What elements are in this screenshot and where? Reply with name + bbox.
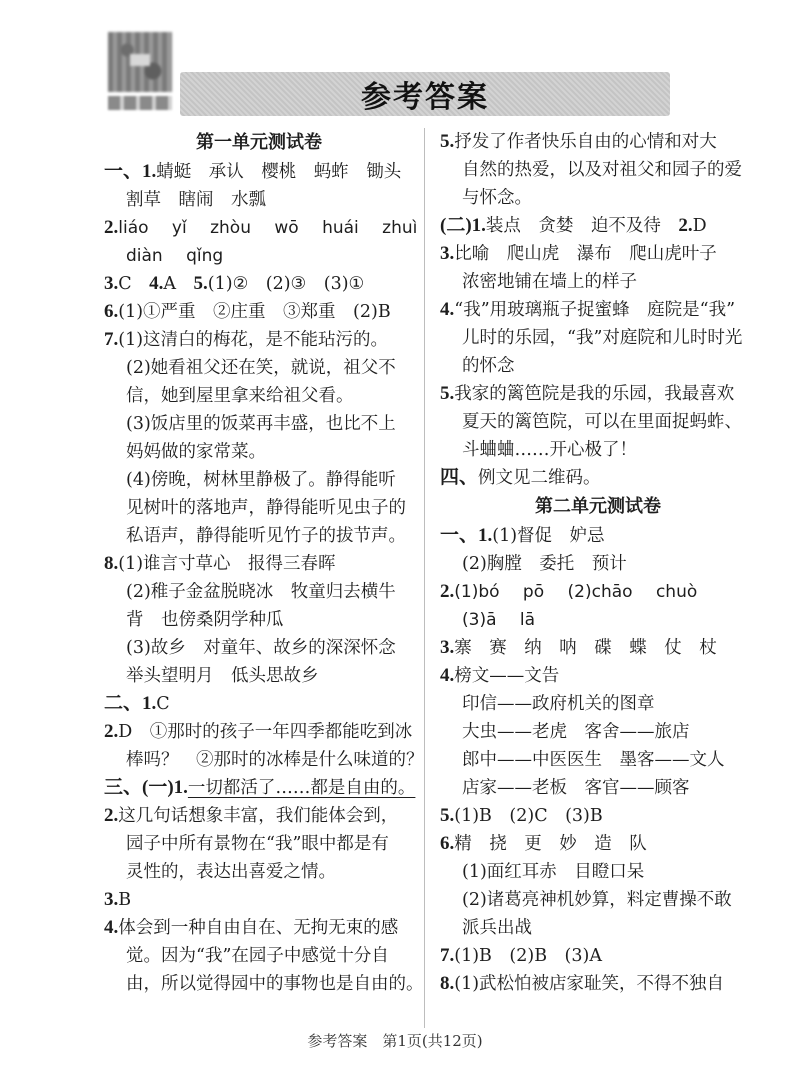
answer-line: (2)稚子金盆脱晓冰 牧童归去横牛 [104, 578, 414, 606]
answer-text: (1)bó pō (2)chāo chuò [454, 582, 697, 602]
answer-text: (4)傍晚，树林里静极了。静得能听 [126, 470, 396, 490]
answer-line: 浓密地铺在墙上的样子 [440, 268, 756, 296]
left-column: 第一单元测试卷 一、1.蜻蜓 承认 樱桃 蚂蚱 锄头割草 瞎闹 水瓢2.liáo… [104, 128, 414, 998]
answer-text: (2)胸膛 委托 预计 [462, 554, 627, 574]
answer-line: 一、1.(1)督促 妒忌 [440, 522, 756, 550]
answer-text: (1)督促 妒忌 [492, 526, 604, 546]
answer-text: (3)饭店里的饭菜再丰盛，也比不上 [126, 414, 396, 434]
answer-text: liáo yǐ zhòu wō huái zhuì [118, 218, 417, 238]
answer-text: 寨 赛 纳 呐 碟 蝶 仗 杖 [454, 638, 717, 658]
question-number: 8. [440, 973, 454, 994]
answer-line: 派兵出战 [440, 914, 756, 942]
answer-text: 我家的篱笆院是我的乐园，我最喜欢 [454, 384, 734, 404]
header-banner: 参考答案 [180, 72, 670, 116]
question-number: 6. [440, 833, 454, 854]
question-number: 7. [104, 329, 118, 350]
question-number: 2. [678, 215, 692, 236]
question-number: 一、1. [440, 525, 492, 546]
answer-text: 店家——老板 客官——顾客 [462, 778, 690, 798]
answer-line: 的怀念 [440, 352, 756, 380]
answer-text: 大虫——老虎 客舍——旅店 [462, 722, 690, 742]
answer-list-unit-2: 一、1.(1)督促 妒忌(2)胸膛 委托 预计2.(1)bó pō (2)chā… [440, 522, 756, 998]
answer-text: 斗蛐蛐……开心极了！ [462, 440, 637, 460]
answer-text: (1)② (2)③ (3)① [208, 274, 364, 294]
answer-line: 园子中所有景物在“我”眼中都是有 [104, 830, 414, 858]
unit-title-1: 第一单元测试卷 [104, 128, 414, 158]
answer-line: 印信——政府机关的图章 [440, 690, 756, 718]
answer-text: “我”用玻璃瓶子捉蜜蜂 庭院是“我” [454, 300, 735, 320]
answer-text: 园子中所有景物在“我”眼中都是有 [126, 834, 389, 854]
answer-text: B [118, 890, 131, 910]
question-number: 2. [104, 721, 118, 742]
answer-text: 郎中——中医医生 墨客——文人 [462, 750, 725, 770]
answer-line: 5.(1)B (2)C (3)B [440, 802, 756, 830]
question-number: 4. [440, 665, 454, 686]
question-number: 3. [440, 637, 454, 658]
answer-text: (3)ā lā [462, 610, 535, 630]
answer-text: (1)武松怕被店家耻笑，不得不独自 [454, 974, 724, 994]
answer-text: (3)故乡 对童年、故乡的深深怀念 [126, 638, 396, 658]
answer-text: D ①那时的孩子一年四季都能吃到冰 [118, 722, 412, 742]
question-number: (二)1. [440, 215, 486, 236]
answer-text: 割草 瞎闹 水瓢 [126, 190, 266, 210]
question-number: 三、(一)1. [104, 777, 188, 798]
answer-text: 浓密地铺在墙上的样子 [462, 272, 637, 292]
answer-line: 3.C 4.A 5.(1)② (2)③ (3)① [104, 270, 414, 298]
answer-line: (2)胸膛 委托 预计 [440, 550, 756, 578]
answer-line: 3.B [104, 886, 414, 914]
answer-text: D [693, 216, 707, 236]
answer-text: 灵性的，表达出喜爱之情。 [126, 862, 336, 882]
answer-line: diàn qǐng [104, 242, 414, 270]
question-number: 6. [104, 301, 118, 322]
answer-line: 信，她到屋里拿来给祖父看。 [104, 382, 414, 410]
question-number: 4. [440, 299, 454, 320]
answer-text: 见树叶的落地声，静得能听见虫子的 [126, 498, 406, 518]
answer-line: 8.(1)武松怕被店家耻笑，不得不独自 [440, 970, 756, 998]
answer-text: 一切都活了……都是自由的。 [188, 778, 416, 798]
answer-text: 举头望明月 低头思故乡 [126, 666, 319, 686]
answer-line: (4)傍晚，树林里静极了。静得能听 [104, 466, 414, 494]
answer-line: 棒吗？ ②那时的冰棒是什么味道的？ [104, 746, 414, 774]
answer-text: 私语声，静得能听见竹子的拔节声。 [126, 526, 406, 546]
answer-text: 派兵出战 [462, 918, 532, 938]
answer-line: (2)她看祖父还在笑，就说，祖父不 [104, 354, 414, 382]
qr-code-caption [108, 96, 172, 110]
question-number: 二、1. [104, 693, 156, 714]
answer-text: 榜文——文告 [454, 666, 559, 686]
answer-line: 斗蛐蛐……开心极了！ [440, 436, 756, 464]
answer-line: 割草 瞎闹 水瓢 [104, 186, 414, 214]
answer-line: 7.(1)这清白的梅花，是不能玷污的。 [104, 326, 414, 354]
answer-text: (1)面红耳赤 目瞪口呆 [462, 862, 644, 882]
answer-line: 私语声，静得能听见竹子的拔节声。 [104, 522, 414, 550]
answer-text: 这几句话想象丰富，我们能体会到， [118, 806, 398, 826]
answer-line: 大虫——老虎 客舍——旅店 [440, 718, 756, 746]
question-number: 2. [104, 805, 118, 826]
answer-text: (1)这清白的梅花，是不能玷污的。 [118, 330, 388, 350]
answer-line: 5.我家的篱笆院是我的乐园，我最喜欢 [440, 380, 756, 408]
answer-text: 例文见二维码。 [478, 468, 601, 488]
answer-line: 2.这几句话想象丰富，我们能体会到， [104, 802, 414, 830]
question-number: 8. [104, 553, 118, 574]
answer-line: 一、1.蜻蜓 承认 樱桃 蚂蚱 锄头 [104, 158, 414, 186]
answer-line: 4.榜文——文告 [440, 662, 756, 690]
answer-text: (1)谁言寸草心 报得三春晖 [118, 554, 335, 574]
answer-text: 夏天的篱笆院，可以在里面捉蚂蚱、 [462, 412, 742, 432]
page-footer: 参考答案 第1页(共12页) [0, 1030, 790, 1051]
answer-line: (二)1.装点 贪婪 迫不及待 2.D [440, 212, 756, 240]
answer-line: 4.体会到一种自由自在、无拘无束的感 [104, 914, 414, 942]
answer-line: 店家——老板 客官——顾客 [440, 774, 756, 802]
answer-text: C [156, 694, 169, 714]
question-number: 2. [104, 217, 118, 238]
question-number: 一、1. [104, 161, 156, 182]
answer-line: 三、(一)1.一切都活了……都是自由的。 [104, 774, 414, 802]
unit-title-2: 第二单元测试卷 [440, 492, 756, 522]
answer-text: 体会到一种自由自在、无拘无束的感 [118, 918, 398, 938]
answer-line: 举头望明月 低头思故乡 [104, 662, 414, 690]
question-number: 3. [104, 273, 118, 294]
answer-line: 自然的热爱，以及对祖父和园子的爱 [440, 156, 756, 184]
question-number: 5. [440, 131, 454, 152]
answer-line: 觉。因为“我”在园子中感觉十分自 [104, 942, 414, 970]
answer-line: 3.比喻 爬山虎 瀑布 爬山虎叶子 [440, 240, 756, 268]
answer-line: 2.D ①那时的孩子一年四季都能吃到冰 [104, 718, 414, 746]
answer-text: 的怀念 [462, 356, 515, 376]
answer-text: (1)B (2)B (3)A [454, 946, 602, 966]
answer-line: (3)故乡 对童年、故乡的深深怀念 [104, 634, 414, 662]
answer-text: 儿时的乐园，“我”对庭院和儿时时光 [462, 328, 742, 348]
answer-list-unit-1-continued: 5.抒发了作者快乐自由的心情和对大自然的热爱，以及对祖父和园子的爱与怀念。(二)… [440, 128, 756, 492]
answer-text: (2)诸葛亮神机妙算，料定曹操不敢 [462, 890, 732, 910]
answer-text: 抒发了作者快乐自由的心情和对大 [454, 132, 717, 152]
answer-line: 夏天的篱笆院，可以在里面捉蚂蚱、 [440, 408, 756, 436]
question-number: 4. [104, 917, 118, 938]
answer-text: (1)B (2)C (3)B [454, 806, 602, 826]
answer-text: 背 也傍桑阴学种瓜 [126, 610, 284, 630]
answer-text: 信，她到屋里拿来给祖父看。 [126, 386, 354, 406]
answer-text: 由，所以觉得园中的事物也是自由的。 [126, 974, 424, 994]
answer-line: 背 也傍桑阴学种瓜 [104, 606, 414, 634]
answer-line: (1)面红耳赤 目瞪口呆 [440, 858, 756, 886]
answer-text: 比喻 爬山虎 瀑布 爬山虎叶子 [454, 244, 717, 264]
answer-line: (3)ā lā [440, 606, 756, 634]
answer-line: 4.“我”用玻璃瓶子捉蜜蜂 庭院是“我” [440, 296, 756, 324]
question-number: 四、 [440, 467, 478, 488]
answer-text: C [118, 274, 149, 294]
answer-line: 见树叶的落地声，静得能听见虫子的 [104, 494, 414, 522]
answer-text: 觉。因为“我”在园子中感觉十分自 [126, 946, 389, 966]
question-number: 4. [149, 273, 163, 294]
answer-line: 2.liáo yǐ zhòu wō huái zhuì [104, 214, 414, 242]
answer-line: 7.(1)B (2)B (3)A [440, 942, 756, 970]
question-number: 5. [440, 805, 454, 826]
answer-line: 郎中——中医医生 墨客——文人 [440, 746, 756, 774]
qr-code-icon [108, 32, 172, 92]
answer-text: 棒吗？ ②那时的冰棒是什么味道的？ [126, 750, 424, 770]
question-number: 2. [440, 581, 454, 602]
answer-line: 四、例文见二维码。 [440, 464, 756, 492]
answer-line: 灵性的，表达出喜爱之情。 [104, 858, 414, 886]
answer-text: 妈妈做的家常菜。 [126, 442, 266, 462]
answer-line: 6.(1)①严重 ②庄重 ③郑重 (2)B [104, 298, 414, 326]
answer-text: 印信——政府机关的图章 [462, 694, 655, 714]
answer-list-unit-1: 一、1.蜻蜓 承认 樱桃 蚂蚱 锄头割草 瞎闹 水瓢2.liáo yǐ zhòu… [104, 158, 414, 998]
question-number: 3. [104, 889, 118, 910]
answer-line: 8.(1)谁言寸草心 报得三春晖 [104, 550, 414, 578]
answer-text: (2)她看祖父还在笑，就说，祖父不 [126, 358, 396, 378]
answer-line: 与怀念。 [440, 184, 756, 212]
answer-line: (3)饭店里的饭菜再丰盛，也比不上 [104, 410, 414, 438]
answer-line: 5.抒发了作者快乐自由的心情和对大 [440, 128, 756, 156]
answer-line: (2)诸葛亮神机妙算，料定曹操不敢 [440, 886, 756, 914]
answer-line: 二、1.C [104, 690, 414, 718]
answer-text: (2)稚子金盆脱晓冰 牧童归去横牛 [126, 582, 396, 602]
question-number: 3. [440, 243, 454, 264]
answer-line: 由，所以觉得园中的事物也是自由的。 [104, 970, 414, 998]
answer-line: 3.寨 赛 纳 呐 碟 蝶 仗 杖 [440, 634, 756, 662]
answer-line: 6.精 挠 更 妙 造 队 [440, 830, 756, 858]
answer-text: A [163, 274, 193, 294]
answer-text: (1)①严重 ②庄重 ③郑重 (2)B [118, 302, 390, 322]
answer-text: 与怀念。 [462, 188, 532, 208]
question-number: 5. [194, 273, 208, 294]
answer-line: 妈妈做的家常菜。 [104, 438, 414, 466]
right-column: 5.抒发了作者快乐自由的心情和对大自然的热爱，以及对祖父和园子的爱与怀念。(二)… [440, 128, 756, 998]
page-title: 参考答案 [361, 72, 489, 116]
question-number: 5. [440, 383, 454, 404]
answer-text: diàn qǐng [126, 246, 223, 266]
answer-line: 儿时的乐园，“我”对庭院和儿时时光 [440, 324, 756, 352]
column-divider [424, 128, 425, 1028]
answer-text: 装点 贪婪 迫不及待 [486, 216, 679, 236]
question-number: 7. [440, 945, 454, 966]
answer-text: 自然的热爱，以及对祖父和园子的爱 [462, 160, 742, 180]
answer-line: 2.(1)bó pō (2)chāo chuò [440, 578, 756, 606]
answer-text: 蜻蜓 承认 樱桃 蚂蚱 锄头 [156, 162, 401, 182]
answer-text: 精 挠 更 妙 造 队 [454, 834, 647, 854]
